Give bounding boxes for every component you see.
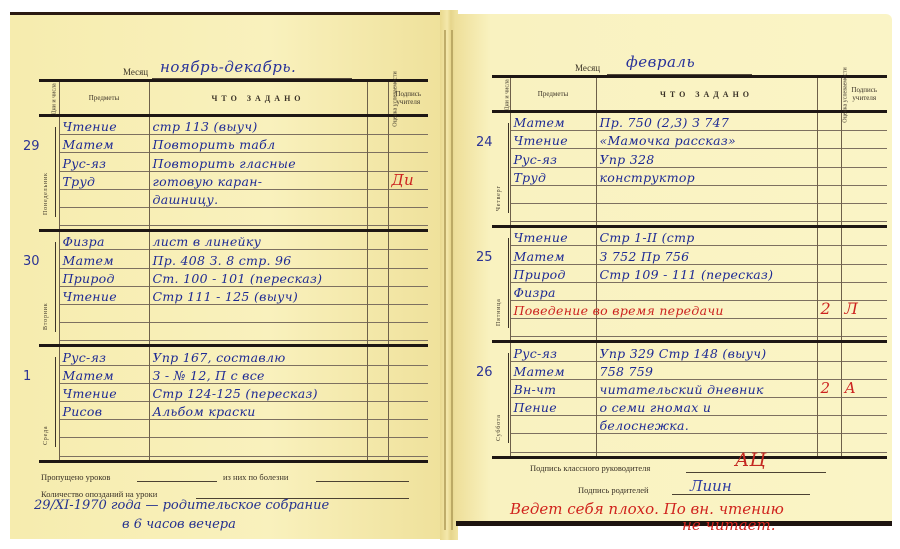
task-text: Стр 124-125 (пересказ) bbox=[153, 386, 318, 401]
ruled-line bbox=[818, 131, 841, 149]
ruled-line bbox=[368, 135, 388, 153]
ruled-line bbox=[818, 362, 841, 380]
ruled-line bbox=[818, 149, 841, 167]
ruled-line bbox=[842, 265, 888, 283]
header-day: Дни и числа bbox=[492, 77, 510, 112]
subject-name: Физра bbox=[514, 285, 556, 300]
ruled-line bbox=[389, 250, 429, 268]
ruled-line: Пр. 750 (2,3) З 747 bbox=[597, 113, 817, 131]
ruled-line: А bbox=[842, 380, 888, 398]
header-subjects: Предметы bbox=[59, 81, 149, 116]
grade-column bbox=[367, 346, 388, 461]
ruled-line bbox=[368, 347, 388, 365]
ruled-line bbox=[150, 438, 367, 456]
ruled-line: Природ bbox=[60, 269, 149, 287]
day-cell: 25Пятница bbox=[492, 227, 510, 342]
subject-name: Природ bbox=[63, 271, 115, 286]
day-block: 29ПонедельникЧтениеМатемРус-язТрудстр 11… bbox=[39, 116, 428, 231]
day-rule bbox=[55, 242, 56, 332]
task-column: стр 113 (выуч)Повторить таблПовторить гл… bbox=[149, 116, 367, 231]
ruled-line bbox=[842, 168, 888, 186]
ruled-line: Ди bbox=[389, 172, 429, 190]
ruled-line bbox=[842, 113, 888, 131]
ruled-line bbox=[389, 135, 429, 153]
ruled-line: Рус-яз bbox=[60, 347, 149, 365]
ruled-line bbox=[368, 269, 388, 287]
ruled-line: Стр 124-125 (пересказ) bbox=[150, 384, 367, 402]
ruled-line bbox=[842, 149, 888, 167]
subject-column: ЧтениеМатемПриродФизраПоведение во время… bbox=[510, 227, 596, 342]
subject-name: Чтение bbox=[63, 386, 117, 401]
ruled-line bbox=[597, 204, 817, 222]
ruled-line: Матем bbox=[511, 113, 596, 131]
ruled-line: Вн-чт bbox=[511, 380, 596, 398]
ruled-line: Поведение во время передачи bbox=[511, 301, 596, 319]
task-text: готовую каран- bbox=[153, 174, 263, 189]
ruled-line bbox=[368, 153, 388, 171]
ruled-line bbox=[389, 305, 429, 323]
weekday-label: Среда bbox=[43, 426, 49, 445]
missed-lessons-field[interactable] bbox=[137, 481, 217, 482]
ruled-line: Чтение bbox=[511, 228, 596, 246]
grade-column bbox=[817, 112, 841, 227]
day-rule bbox=[508, 238, 509, 328]
class-teacher-sign-label: Подпись классного руководителя bbox=[530, 463, 650, 473]
day-cell: 30Вторник bbox=[39, 231, 59, 346]
task-column: Стр 1-II (стрЗ 752 Пр 756Стр 109 - 111 (… bbox=[596, 227, 817, 342]
weekday-label: Вторник bbox=[43, 303, 49, 330]
ruled-line bbox=[511, 416, 596, 434]
subject-column: ЧтениеМатемРус-язТруд bbox=[59, 116, 149, 231]
ruled-line: 758 759 bbox=[597, 362, 817, 380]
subject-column: МатемЧтениеРус-язТруд bbox=[510, 112, 596, 227]
task-text: «Мамочка рассказ» bbox=[600, 133, 736, 148]
ruled-line bbox=[368, 366, 388, 384]
day-block: 1СредаРус-язМатемЧтениеРисовУпр 167, сос… bbox=[39, 346, 428, 461]
ruled-line: Матем bbox=[511, 246, 596, 264]
month-value: ноябрь-декабрь. bbox=[160, 58, 296, 76]
ruled-line: Матем bbox=[60, 135, 149, 153]
ruled-line: Чтение bbox=[60, 117, 149, 135]
task-text: белоснежка. bbox=[600, 418, 690, 433]
day-date: 25 bbox=[476, 250, 493, 265]
subject-name: Рус-яз bbox=[514, 346, 558, 361]
day-rule bbox=[55, 127, 56, 217]
ruled-line bbox=[60, 323, 149, 341]
ruled-line bbox=[597, 319, 817, 337]
subject-column: Рус-язМатемВн-чтПение bbox=[510, 342, 596, 457]
ruled-line: Рус-яз bbox=[511, 149, 596, 167]
header-grade: Оценка успеваемости bbox=[367, 81, 388, 116]
ruled-line: Л bbox=[842, 301, 888, 319]
grade-column: 2 bbox=[817, 342, 841, 457]
ruled-line bbox=[368, 384, 388, 402]
task-text: Стр 109 - 111 (пересказ) bbox=[600, 267, 774, 282]
ruled-line: Альбом краски bbox=[150, 402, 367, 420]
day-cell: 24Четверг bbox=[492, 112, 510, 227]
ruled-line: Упр 167, составлю bbox=[150, 347, 367, 365]
grade-column: 2 bbox=[817, 227, 841, 342]
grade-value: 2 bbox=[821, 379, 831, 397]
ruled-line bbox=[389, 384, 429, 402]
subject-column: ФизраМатемПриродЧтение bbox=[59, 231, 149, 346]
subject-name: Матем bbox=[514, 115, 565, 130]
task-text: З - № 12, П с все bbox=[153, 368, 265, 383]
ruled-line bbox=[818, 434, 841, 452]
task-text: Ст. 100 - 101 (пересказ) bbox=[153, 271, 323, 286]
day-rule bbox=[508, 123, 509, 213]
ruled-line bbox=[389, 117, 429, 135]
ruled-line bbox=[389, 232, 429, 250]
day-date: 30 bbox=[23, 254, 40, 269]
ruled-line bbox=[842, 398, 888, 416]
task-text: Пр. 408 З. 8 стр. 96 bbox=[153, 253, 292, 268]
ruled-line bbox=[842, 362, 888, 380]
task-text: конструктор bbox=[600, 170, 695, 185]
ruled-line bbox=[60, 438, 149, 456]
ruled-line bbox=[368, 172, 388, 190]
parent-meeting-note-line2: в 6 часов вечера bbox=[122, 517, 236, 532]
day-block: 26СубботаРус-язМатемВн-чтПениеУпр 329 Ст… bbox=[492, 342, 887, 457]
task-text: Упр 329 Стр 148 (выуч) bbox=[600, 346, 767, 361]
ruled-line bbox=[818, 228, 841, 246]
parent-meeting-note: 29/XI-1970 года — родительское собрание bbox=[34, 498, 329, 513]
ruled-line bbox=[842, 416, 888, 434]
ruled-line bbox=[60, 190, 149, 208]
day-date: 26 bbox=[476, 365, 493, 380]
subject-name: Матем bbox=[514, 249, 565, 264]
day-block: 24ЧетвергМатемЧтениеРус-язТрудПр. 750 (2… bbox=[492, 112, 887, 227]
weekday-label: Суббота bbox=[496, 415, 502, 442]
task-text: Стр 111 - 125 (выуч) bbox=[153, 289, 299, 304]
ruled-line bbox=[842, 246, 888, 264]
sign-column bbox=[388, 346, 428, 461]
sick-lessons-field[interactable] bbox=[316, 481, 409, 482]
ruled-line bbox=[368, 323, 388, 341]
ruled-line bbox=[818, 398, 841, 416]
task-text: Пр. 750 (2,3) З 747 bbox=[600, 115, 730, 130]
ruled-line bbox=[597, 186, 817, 204]
ruled-line bbox=[842, 186, 888, 204]
ruled-line: стр 113 (выуч) bbox=[150, 117, 367, 135]
day-date: 24 bbox=[476, 135, 493, 150]
ruled-line bbox=[389, 190, 429, 208]
day-date: 1 bbox=[23, 369, 31, 384]
sick-lessons-label: из них по болезни bbox=[223, 472, 288, 482]
ruled-line bbox=[511, 186, 596, 204]
ruled-line: 2 bbox=[818, 301, 841, 319]
ruled-line bbox=[389, 438, 429, 456]
parents-signature: Лиин bbox=[690, 477, 732, 495]
task-column: лист в линейкуПр. 408 З. 8 стр. 96Ст. 10… bbox=[149, 231, 367, 346]
ruled-line: Стр 111 - 125 (выуч) bbox=[150, 287, 367, 305]
ruled-line: З - № 12, П с все bbox=[150, 366, 367, 384]
task-text: читательский дневник bbox=[600, 382, 764, 397]
subject-name: Рисов bbox=[63, 404, 103, 419]
ruled-line bbox=[818, 265, 841, 283]
ruled-line bbox=[818, 319, 841, 337]
ruled-line bbox=[368, 117, 388, 135]
subject-name: Рус-яз bbox=[63, 350, 107, 365]
ruled-line bbox=[368, 208, 388, 226]
ruled-line: Чтение bbox=[511, 131, 596, 149]
ruled-line bbox=[368, 305, 388, 323]
class-teacher-sign-field[interactable] bbox=[686, 472, 826, 473]
ruled-line bbox=[389, 402, 429, 420]
ruled-line: Упр 328 bbox=[597, 149, 817, 167]
task-text: стр 113 (выуч) bbox=[153, 119, 258, 134]
grade-column bbox=[367, 231, 388, 346]
task-text: лист в линейку bbox=[153, 234, 262, 249]
day-cell: 1Среда bbox=[39, 346, 59, 461]
sign-column bbox=[388, 231, 428, 346]
task-text: З 752 Пр 756 bbox=[600, 249, 690, 264]
ruled-line bbox=[818, 186, 841, 204]
ruled-line: готовую каран- bbox=[150, 172, 367, 190]
ruled-line: Чтение bbox=[60, 287, 149, 305]
ruled-line: «Мамочка рассказ» bbox=[597, 131, 817, 149]
sign-column: А bbox=[841, 342, 887, 457]
ruled-line bbox=[368, 402, 388, 420]
task-text: Альбом краски bbox=[153, 404, 256, 419]
ruled-line bbox=[842, 434, 888, 452]
ruled-line bbox=[842, 343, 888, 361]
ruled-line: белоснежка. bbox=[597, 416, 817, 434]
ruled-line: Пр. 408 З. 8 стр. 96 bbox=[150, 250, 367, 268]
subject-name: Пение bbox=[514, 400, 557, 415]
weekday-label: Пятница bbox=[496, 299, 502, 327]
ruled-line: Упр 329 Стр 148 (выуч) bbox=[597, 343, 817, 361]
subject-name: Рус-яз bbox=[63, 156, 107, 171]
ruled-line: Ст. 100 - 101 (пересказ) bbox=[150, 269, 367, 287]
ruled-line: Матем bbox=[60, 366, 149, 384]
ruled-line bbox=[389, 420, 429, 438]
subject-name: Физра bbox=[63, 234, 105, 249]
ruled-line bbox=[842, 319, 888, 337]
subject-name: Чтение bbox=[514, 133, 568, 148]
ruled-line bbox=[511, 204, 596, 222]
ruled-line bbox=[597, 283, 817, 301]
ruled-line: Повторить гласные bbox=[150, 153, 367, 171]
ruled-line bbox=[511, 319, 596, 337]
sign-column: Л bbox=[841, 227, 887, 342]
header-day: Дни и числа bbox=[39, 81, 59, 116]
ruled-line bbox=[389, 208, 429, 226]
ruled-line bbox=[368, 250, 388, 268]
task-text: Упр 328 bbox=[600, 152, 655, 167]
header-task: ЧТО ЗАДАНО bbox=[596, 77, 817, 112]
teacher-remark-line2: не читает. bbox=[682, 516, 776, 534]
ruled-line bbox=[818, 343, 841, 361]
day-cell: 26Суббота bbox=[492, 342, 510, 457]
subject-name: Чтение bbox=[63, 289, 117, 304]
task-text: Упр 167, составлю bbox=[153, 350, 286, 365]
ruled-line bbox=[150, 420, 367, 438]
teacher-signature: Л bbox=[845, 299, 859, 318]
behavior-remark: Поведение во время передачи bbox=[514, 303, 724, 318]
month-value-right: февраль bbox=[626, 53, 695, 71]
task-text: 758 759 bbox=[600, 364, 654, 379]
homework-table-right: Дни и числа Предметы ЧТО ЗАДАНО Оценка у… bbox=[492, 75, 887, 459]
weekday-label: Понедельник bbox=[43, 172, 49, 215]
grade-column bbox=[367, 116, 388, 231]
task-column: Упр 167, составлюЗ - № 12, П с всеСтр 12… bbox=[149, 346, 367, 461]
parents-sign-label: Подпись родителей bbox=[578, 485, 649, 495]
ruled-line: Повторить табл bbox=[150, 135, 367, 153]
ruled-line bbox=[597, 434, 817, 452]
ruled-line: 2 bbox=[818, 380, 841, 398]
ruled-line bbox=[818, 416, 841, 434]
task-text: дашницу. bbox=[153, 192, 219, 207]
ruled-line bbox=[150, 208, 367, 226]
subject-name: Труд bbox=[63, 174, 96, 189]
ruled-line: конструктор bbox=[597, 168, 817, 186]
ruled-line: Чтение bbox=[60, 384, 149, 402]
class-teacher-signature: АЦ bbox=[735, 449, 766, 471]
teacher-signature: А bbox=[845, 379, 857, 397]
ruled-line bbox=[368, 420, 388, 438]
subject-column: Рус-язМатемЧтениеРисов bbox=[59, 346, 149, 461]
day-date: 29 bbox=[23, 139, 40, 154]
task-column: Пр. 750 (2,3) З 747«Мамочка рассказ»Упр … bbox=[596, 112, 817, 227]
ruled-line: Рус-яз bbox=[511, 343, 596, 361]
ruled-line bbox=[842, 204, 888, 222]
ruled-line bbox=[150, 323, 367, 341]
ruled-line: Труд bbox=[60, 172, 149, 190]
ruled-line bbox=[511, 434, 596, 452]
sign-column bbox=[841, 112, 887, 227]
ruled-line bbox=[368, 190, 388, 208]
subject-name: Чтение bbox=[514, 230, 568, 245]
ruled-line bbox=[842, 131, 888, 149]
header-task: ЧТО ЗАДАНО bbox=[149, 81, 367, 116]
teacher-signature: Ди bbox=[392, 171, 414, 189]
task-text: Повторить табл bbox=[153, 137, 276, 152]
day-cell: 29Понедельник bbox=[39, 116, 59, 231]
task-column: Упр 329 Стр 148 (выуч)758 759читательски… bbox=[596, 342, 817, 457]
ruled-line: Рус-яз bbox=[60, 153, 149, 171]
ruled-line: Стр 1-II (стр bbox=[597, 228, 817, 246]
subject-name: Вн-чт bbox=[514, 382, 557, 397]
ruled-line: Матем bbox=[60, 250, 149, 268]
ruled-line bbox=[818, 246, 841, 264]
ruled-line bbox=[150, 305, 367, 323]
subject-name: Матем bbox=[63, 368, 114, 383]
ruled-line bbox=[389, 153, 429, 171]
ruled-line bbox=[368, 438, 388, 456]
subject-name: Природ bbox=[514, 267, 566, 282]
ruled-line bbox=[368, 232, 388, 250]
ruled-line bbox=[818, 168, 841, 186]
subject-name: Матем bbox=[63, 253, 114, 268]
ruled-line bbox=[60, 208, 149, 226]
subject-name: Труд bbox=[514, 170, 547, 185]
ruled-line bbox=[389, 347, 429, 365]
ruled-line bbox=[368, 287, 388, 305]
ruled-line: Физра bbox=[60, 232, 149, 250]
grade-value: 2 bbox=[821, 299, 831, 318]
month-label: Месяц bbox=[123, 67, 148, 77]
ruled-line: читательский дневник bbox=[597, 380, 817, 398]
subject-name: Матем bbox=[63, 137, 114, 152]
homework-table-left: Дни и числа Предметы ЧТО ЗАДАНО Оценка у… bbox=[39, 79, 428, 463]
ruled-line bbox=[818, 204, 841, 222]
ruled-line bbox=[389, 269, 429, 287]
task-text: Стр 1-II (стр bbox=[600, 230, 695, 245]
ruled-line: Труд bbox=[511, 168, 596, 186]
ruled-line: Матем bbox=[511, 362, 596, 380]
ruled-line: о семи гномах и bbox=[597, 398, 817, 416]
day-block: 25ПятницаЧтениеМатемПриродФизраПоведение… bbox=[492, 227, 887, 342]
ruled-line: Природ bbox=[511, 265, 596, 283]
header-subjects: Предметы bbox=[510, 77, 596, 112]
ruled-line bbox=[389, 323, 429, 341]
subject-name: Чтение bbox=[63, 119, 117, 134]
ruled-line: Стр 109 - 111 (пересказ) bbox=[597, 265, 817, 283]
task-text: о семи гномах и bbox=[600, 400, 712, 415]
ruled-line bbox=[389, 287, 429, 305]
ruled-line bbox=[389, 366, 429, 384]
ruled-line bbox=[60, 420, 149, 438]
day-block: 30ВторникФизраМатемПриродЧтениелист в ли… bbox=[39, 231, 428, 346]
subject-name: Матем bbox=[514, 364, 565, 379]
sign-column: Ди bbox=[388, 116, 428, 231]
ruled-line: Пение bbox=[511, 398, 596, 416]
day-rule bbox=[508, 353, 509, 443]
missed-lessons-label: Пропущено уроков bbox=[41, 472, 110, 482]
day-rule bbox=[55, 357, 56, 447]
ruled-line: З 752 Пр 756 bbox=[597, 246, 817, 264]
ruled-line: Рисов bbox=[60, 402, 149, 420]
ruled-line: Физра bbox=[511, 283, 596, 301]
ruled-line bbox=[842, 228, 888, 246]
ruled-line: дашницу. bbox=[150, 190, 367, 208]
month-label-right: Месяц bbox=[575, 63, 600, 73]
ruled-line bbox=[60, 305, 149, 323]
subject-name: Рус-яз bbox=[514, 152, 558, 167]
ruled-line bbox=[818, 113, 841, 131]
weekday-label: Четверг bbox=[496, 185, 502, 211]
ruled-line: лист в линейку bbox=[150, 232, 367, 250]
header-grade: Оценка успеваемости bbox=[817, 77, 841, 112]
task-text: Повторить гласные bbox=[153, 156, 296, 171]
